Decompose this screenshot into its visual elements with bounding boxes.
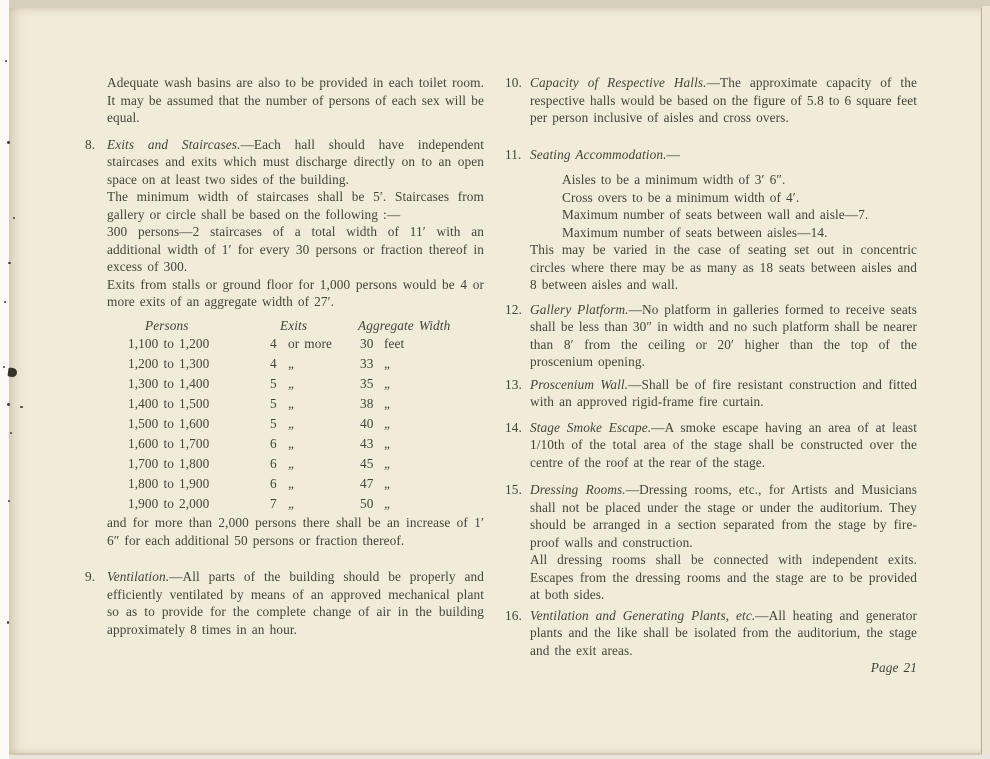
item-number: 11. <box>505 146 530 164</box>
paragraph-gallery-platform: Gallery Platform.—No platform in galleri… <box>530 301 917 371</box>
item-number: 14. <box>505 419 530 437</box>
cell-width-suffix: „ <box>384 374 484 394</box>
section-item-12: 12. Gallery Platform.—No platform in gal… <box>530 301 917 371</box>
section-item-11: 11. Seating Accommodation.— Aisles to be… <box>530 146 917 294</box>
paragraph-proscenium-wall: Proscenium Wall.—Shall be of fire resist… <box>530 376 917 411</box>
cell-exits: 6 <box>270 474 288 494</box>
cell-width: 38 <box>360 394 384 414</box>
cell-exits-suffix: „ <box>288 434 360 454</box>
cell-exits: 4 <box>270 354 288 374</box>
item-text: — <box>667 147 680 162</box>
cell-persons: 1,300 to 1,400 <box>128 374 270 394</box>
item-number: 10. <box>505 74 530 92</box>
cell-exits: 6 <box>270 434 288 454</box>
cell-exits-suffix: „ <box>288 374 360 394</box>
cell-persons: 1,600 to 1,700 <box>128 434 270 454</box>
cell-width-suffix: „ <box>384 494 484 514</box>
exits-table: Persons Exits Aggregate Width 1,100 to 1… <box>107 317 484 515</box>
cell-width-suffix: „ <box>384 414 484 434</box>
item-title: Stage Smoke Escape. <box>530 420 651 435</box>
header-exits: Exits <box>280 317 358 335</box>
cell-width: 40 <box>360 414 384 434</box>
cell-persons: 1,500 to 1,600 <box>128 414 270 434</box>
table-row: 1,600 to 1,700 6 „ 43 „ <box>107 434 484 454</box>
section-item-14: 14. Stage Smoke Escape.—A smoke escape h… <box>530 419 917 472</box>
item-number: 16. <box>505 607 530 625</box>
cell-exits: 5 <box>270 374 288 394</box>
section-item-10: 10. Capacity of Respective Halls.—The ap… <box>530 74 917 127</box>
item-title: Gallery Platform. <box>530 302 629 317</box>
table-row: 1,100 to 1,200 4 or more 30 feet <box>107 334 484 354</box>
ink-speck <box>13 217 15 219</box>
cell-width: 50 <box>360 494 384 514</box>
seating-rule: Cross overs to be a minimum width of 4′. <box>562 189 917 207</box>
cell-exits-suffix: „ <box>288 454 360 474</box>
cell-width-suffix: „ <box>384 454 484 474</box>
paragraph-dressing-rooms: Dressing Rooms.—Dressing rooms, etc., fo… <box>530 481 917 551</box>
scanned-book-page: Adequate wash basins are also to be prov… <box>0 0 990 759</box>
cell-width: 35 <box>360 374 384 394</box>
paragraph-exits-staircases: Exits and Staircases.—Each hall should h… <box>107 136 484 189</box>
section-item-8: 8. Exits and Staircases.—Each hall shoul… <box>107 136 484 189</box>
exits-table-header: Persons Exits Aggregate Width <box>107 317 484 335</box>
table-row: 1,200 to 1,300 4 „ 33 „ <box>107 354 484 374</box>
cell-width: 47 <box>360 474 384 494</box>
paragraph-wash-basins: Adequate wash basins are also to be prov… <box>107 74 484 127</box>
paragraph-generating-plants: Ventilation and Generating Plants, etc.—… <box>530 607 917 660</box>
cell-exits: 5 <box>270 414 288 434</box>
paragraph-minimum-width: The minimum width of staircases shall be… <box>107 188 484 223</box>
page-number: Page 21 <box>530 659 917 677</box>
cell-persons: 1,900 to 2,000 <box>128 494 270 514</box>
ink-speck <box>7 141 10 144</box>
ink-speck <box>20 406 23 408</box>
table-row: 1,500 to 1,600 5 „ 40 „ <box>107 414 484 434</box>
cell-exits-suffix: „ <box>288 474 360 494</box>
header-spacer <box>107 317 145 335</box>
left-column: Adequate wash basins are also to be prov… <box>107 74 484 638</box>
ink-speck <box>8 262 11 264</box>
cell-exits: 7 <box>270 494 288 514</box>
cell-exits-suffix: or more <box>288 334 360 354</box>
cell-exits: 6 <box>270 454 288 474</box>
ink-speck <box>7 403 10 406</box>
seating-rules-list: Aisles to be a minimum width of 3′ 6″. C… <box>562 171 917 241</box>
ink-speck <box>7 621 9 624</box>
cell-persons: 1,200 to 1,300 <box>128 354 270 374</box>
table-row: 1,400 to 1,500 5 „ 38 „ <box>107 394 484 414</box>
item-title: Dressing Rooms. <box>530 482 626 497</box>
section-item-16: 16. Ventilation and Generating Plants, e… <box>530 607 917 660</box>
item-number: 15. <box>505 481 530 499</box>
paragraph-seating-variation: This may be varied in the case of seatin… <box>530 241 917 294</box>
table-row: 1,900 to 2,000 7 „ 50 „ <box>107 494 484 514</box>
scan-top-edge <box>0 0 990 8</box>
paragraph-exits-stalls: Exits from stalls or ground floor for 1,… <box>107 276 484 311</box>
ink-speck <box>8 500 10 502</box>
section-item-9: 9. Ventilation.—All parts of the buildin… <box>107 568 484 638</box>
section-item-15: 15. Dressing Rooms.—Dressing rooms, etc.… <box>530 481 917 604</box>
ink-speck <box>10 432 12 434</box>
cell-width-suffix: „ <box>384 394 484 414</box>
table-row: 1,700 to 1,800 6 „ 45 „ <box>107 454 484 474</box>
ink-speck <box>5 60 7 62</box>
ink-speck <box>3 366 5 368</box>
paragraph-300-persons: 300 persons—2 staircases of a total widt… <box>107 223 484 276</box>
paragraph-dressing-rooms-exits: All dressing rooms shall be connected wi… <box>530 551 917 604</box>
paragraph-ventilation: Ventilation.—All parts of the building s… <box>107 568 484 638</box>
cell-width: 30 <box>360 334 384 354</box>
cell-width-suffix: feet <box>384 334 484 354</box>
cell-width-suffix: „ <box>384 474 484 494</box>
item-title: Seating Accommodation. <box>530 147 667 162</box>
table-row: 1,300 to 1,400 5 „ 35 „ <box>107 374 484 394</box>
cell-exits: 5 <box>270 394 288 414</box>
item-title: Exits and Staircases. <box>107 137 241 152</box>
cell-exits-suffix: „ <box>288 354 360 374</box>
cell-exits-suffix: „ <box>288 414 360 434</box>
seating-rule: Maximum number of seats between aisles—1… <box>562 224 917 242</box>
cell-persons: 1,400 to 1,500 <box>128 394 270 414</box>
cell-persons: 1,700 to 1,800 <box>128 454 270 474</box>
paragraph-capacity: Capacity of Respective Halls.—The approx… <box>530 74 917 127</box>
cell-width-suffix: „ <box>384 434 484 454</box>
cell-width: 43 <box>360 434 384 454</box>
cell-exits: 4 <box>270 334 288 354</box>
header-aggregate-width: Aggregate Width <box>358 317 484 335</box>
item-title: Capacity of Respective Halls. <box>530 75 707 90</box>
cell-width-suffix: „ <box>384 354 484 374</box>
cell-exits-suffix: „ <box>288 394 360 414</box>
item-number: 12. <box>505 301 530 319</box>
cell-width: 33 <box>360 354 384 374</box>
cell-width: 45 <box>360 454 384 474</box>
right-column: 10. Capacity of Respective Halls.—The ap… <box>530 74 917 677</box>
section-item-13: 13. Proscenium Wall.—Shall be of fire re… <box>530 376 917 411</box>
cell-persons: 1,800 to 1,900 <box>128 474 270 494</box>
header-persons: Persons <box>145 317 280 335</box>
item-number: 13. <box>505 376 530 394</box>
paragraph-stage-smoke-escape: Stage Smoke Escape.—A smoke escape havin… <box>530 419 917 472</box>
seating-rule: Aisles to be a minimum width of 3′ 6″. <box>562 171 917 189</box>
paragraph-more-than-2000: and for more than 2,000 persons there sh… <box>107 514 484 549</box>
item-title: Ventilation. <box>107 569 169 584</box>
seating-rule: Maximum number of seats between wall and… <box>562 206 917 224</box>
item-number: 9. <box>85 568 107 586</box>
table-row: 1,800 to 1,900 6 „ 47 „ <box>107 474 484 494</box>
item-title: Proscenium Wall. <box>530 377 628 392</box>
scan-right-edge <box>982 6 990 754</box>
paragraph-seating-accommodation: Seating Accommodation.— <box>530 146 917 164</box>
scan-left-edge <box>0 0 9 759</box>
item-number: 8. <box>85 136 107 154</box>
ink-speck <box>4 301 6 303</box>
item-title: Ventilation and Generating Plants, etc. <box>530 608 755 623</box>
cell-exits-suffix: „ <box>288 494 360 514</box>
cell-persons: 1,100 to 1,200 <box>128 334 270 354</box>
